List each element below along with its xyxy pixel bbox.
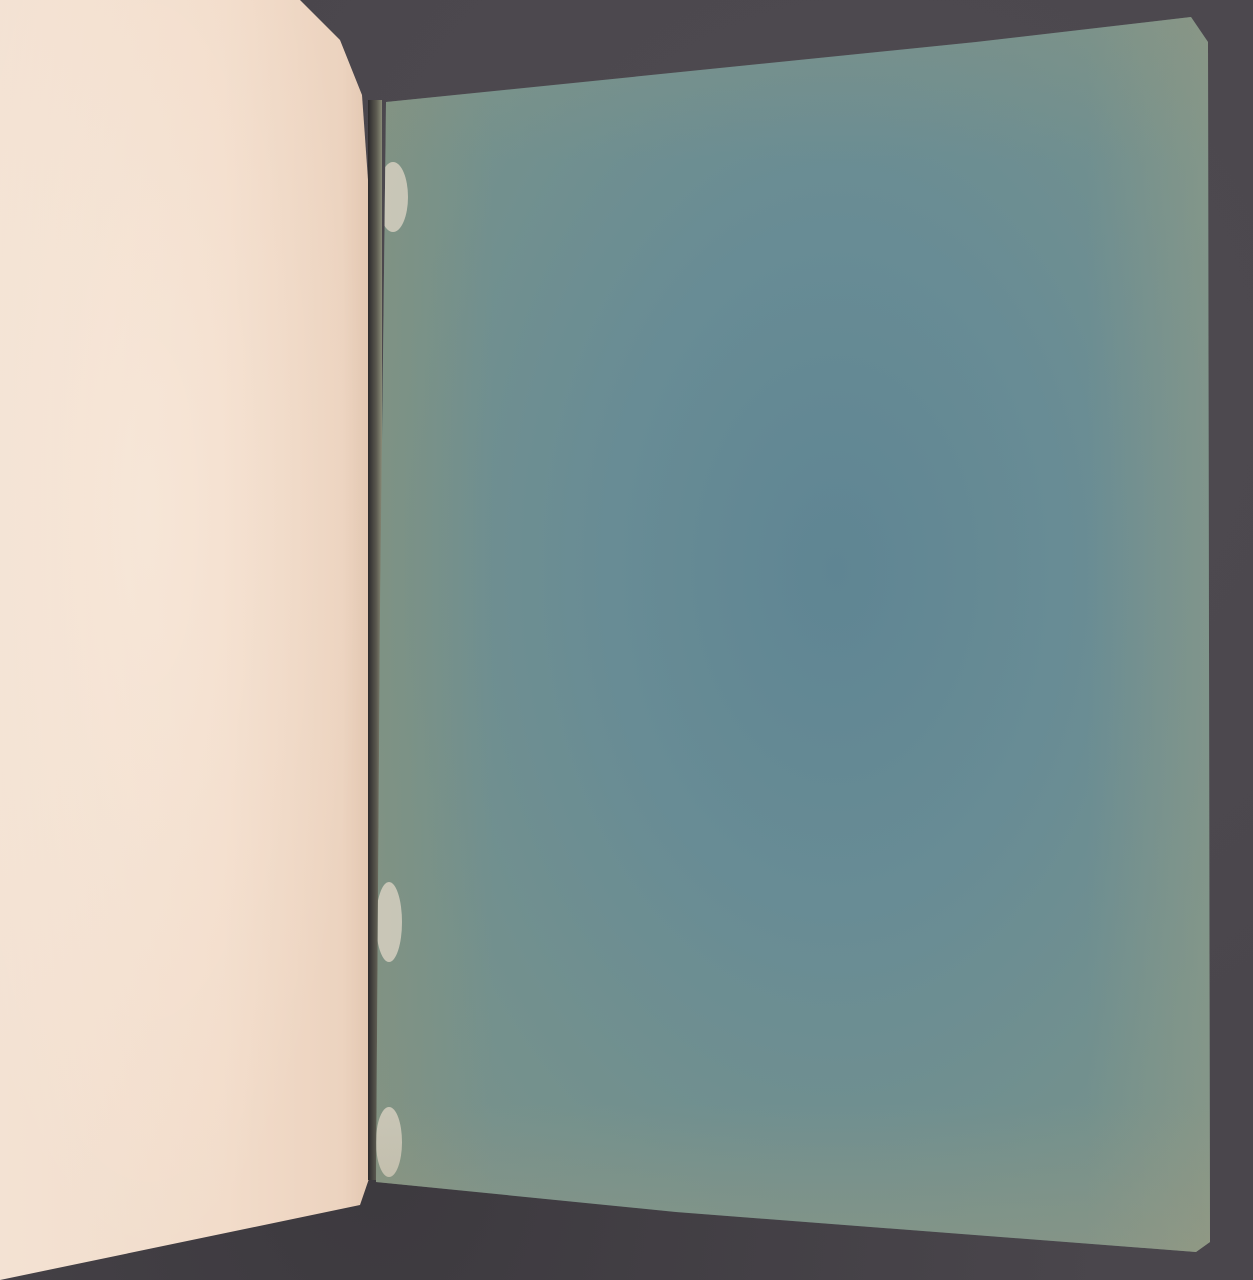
spine-tear-bottom xyxy=(376,1107,402,1177)
left-blank-page xyxy=(0,0,372,1280)
spine-tear-middle xyxy=(376,882,402,962)
book-cover xyxy=(376,12,1212,1252)
